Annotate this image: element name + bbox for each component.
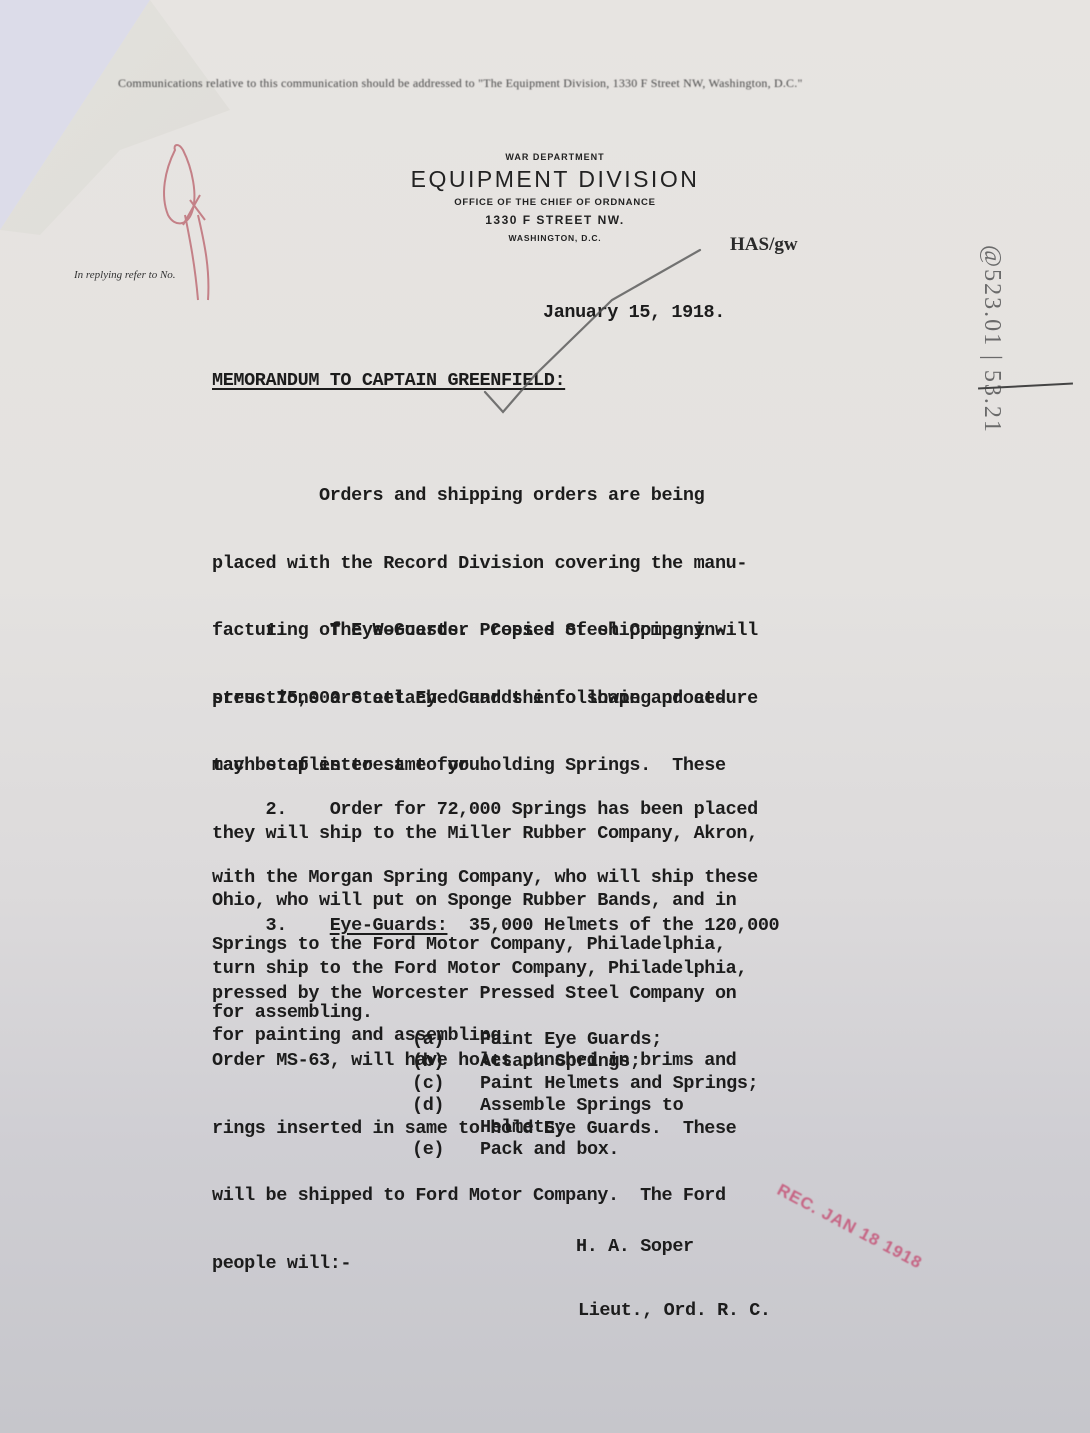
task-text: Assemble Springs to Helmets; xyxy=(480,1095,760,1139)
task-list: (a) Paint Eye Guards; (b) Attach Springs… xyxy=(412,1029,760,1161)
task-letter: (a) xyxy=(412,1029,480,1051)
task-item: (a) Paint Eye Guards; xyxy=(412,1029,760,1051)
paragraph-line: 2. Order for 72,000 Springs has been pla… xyxy=(212,799,758,822)
task-item: (e) Pack and box. xyxy=(412,1139,760,1161)
signature-rank: Lieut., Ord. R. C. xyxy=(578,1300,771,1323)
memo-date: January 15, 1918. xyxy=(543,302,725,325)
task-item: (b) Attach Springs; xyxy=(412,1051,760,1073)
letterhead: WAR DEPARTMENT EQUIPMENT DIVISION OFFICE… xyxy=(370,152,740,243)
task-text: Paint Eye Guards; xyxy=(480,1029,760,1051)
paragraph-number-prefix: 3. xyxy=(212,915,330,936)
task-letter: (c) xyxy=(412,1073,480,1095)
eye-guards-heading: Eye-Guards: xyxy=(330,915,448,936)
memo-title: MEMORANDUM TO CAPTAIN GREENFIELD: xyxy=(212,370,565,393)
paragraph-line: pressed by the Worcester Pressed Steel C… xyxy=(212,983,779,1006)
letterhead-street: 1330 F STREET NW. xyxy=(370,213,740,227)
signature-name: H. A. Soper xyxy=(576,1236,694,1259)
task-letter: (b) xyxy=(412,1051,480,1073)
letterhead-city: WASHINGTON, D.C. xyxy=(370,233,740,243)
letterhead-division: EQUIPMENT DIVISION xyxy=(370,166,740,193)
refer-to-label: In replying refer to No. xyxy=(74,269,176,281)
task-text: Attach Springs; xyxy=(480,1051,760,1073)
task-item: (d) Assemble Springs to Helmets; xyxy=(412,1095,760,1139)
address-notice: Communications relative to this communic… xyxy=(118,76,998,91)
paragraph-line: will be shipped to Ford Motor Company. T… xyxy=(212,1185,779,1208)
task-item: (c) Paint Helmets and Springs; xyxy=(412,1073,760,1095)
task-letter: (d) xyxy=(412,1095,480,1139)
letterhead-office: OFFICE OF THE CHIEF OF ORDNANCE xyxy=(370,197,740,208)
reference-initials: HAS/gw xyxy=(730,234,798,256)
paragraph-first-line-text: 35,000 Helmets of the 120,000 xyxy=(447,915,779,936)
paragraph-line: people will:- xyxy=(212,1253,779,1276)
intro-line: Orders and shipping orders are being xyxy=(212,485,758,508)
task-text: Paint Helmets and Springs; xyxy=(480,1073,760,1095)
intro-line: placed with the Record Division covering… xyxy=(212,553,758,576)
paragraph-line: 1. The Worcester Pressed Steel Company w… xyxy=(212,620,758,643)
letterhead-department: WAR DEPARTMENT xyxy=(370,152,740,162)
paragraph-line: press 75,000 Steel Eye Guards into shape… xyxy=(212,688,758,711)
task-text: Pack and box. xyxy=(480,1139,760,1161)
pencil-margin-note: @523.01 | 53.21 xyxy=(978,245,1005,434)
task-letter: (e) xyxy=(412,1139,480,1161)
paragraph-first-line: 3. Eye-Guards: 35,000 Helmets of the 120… xyxy=(212,915,779,938)
